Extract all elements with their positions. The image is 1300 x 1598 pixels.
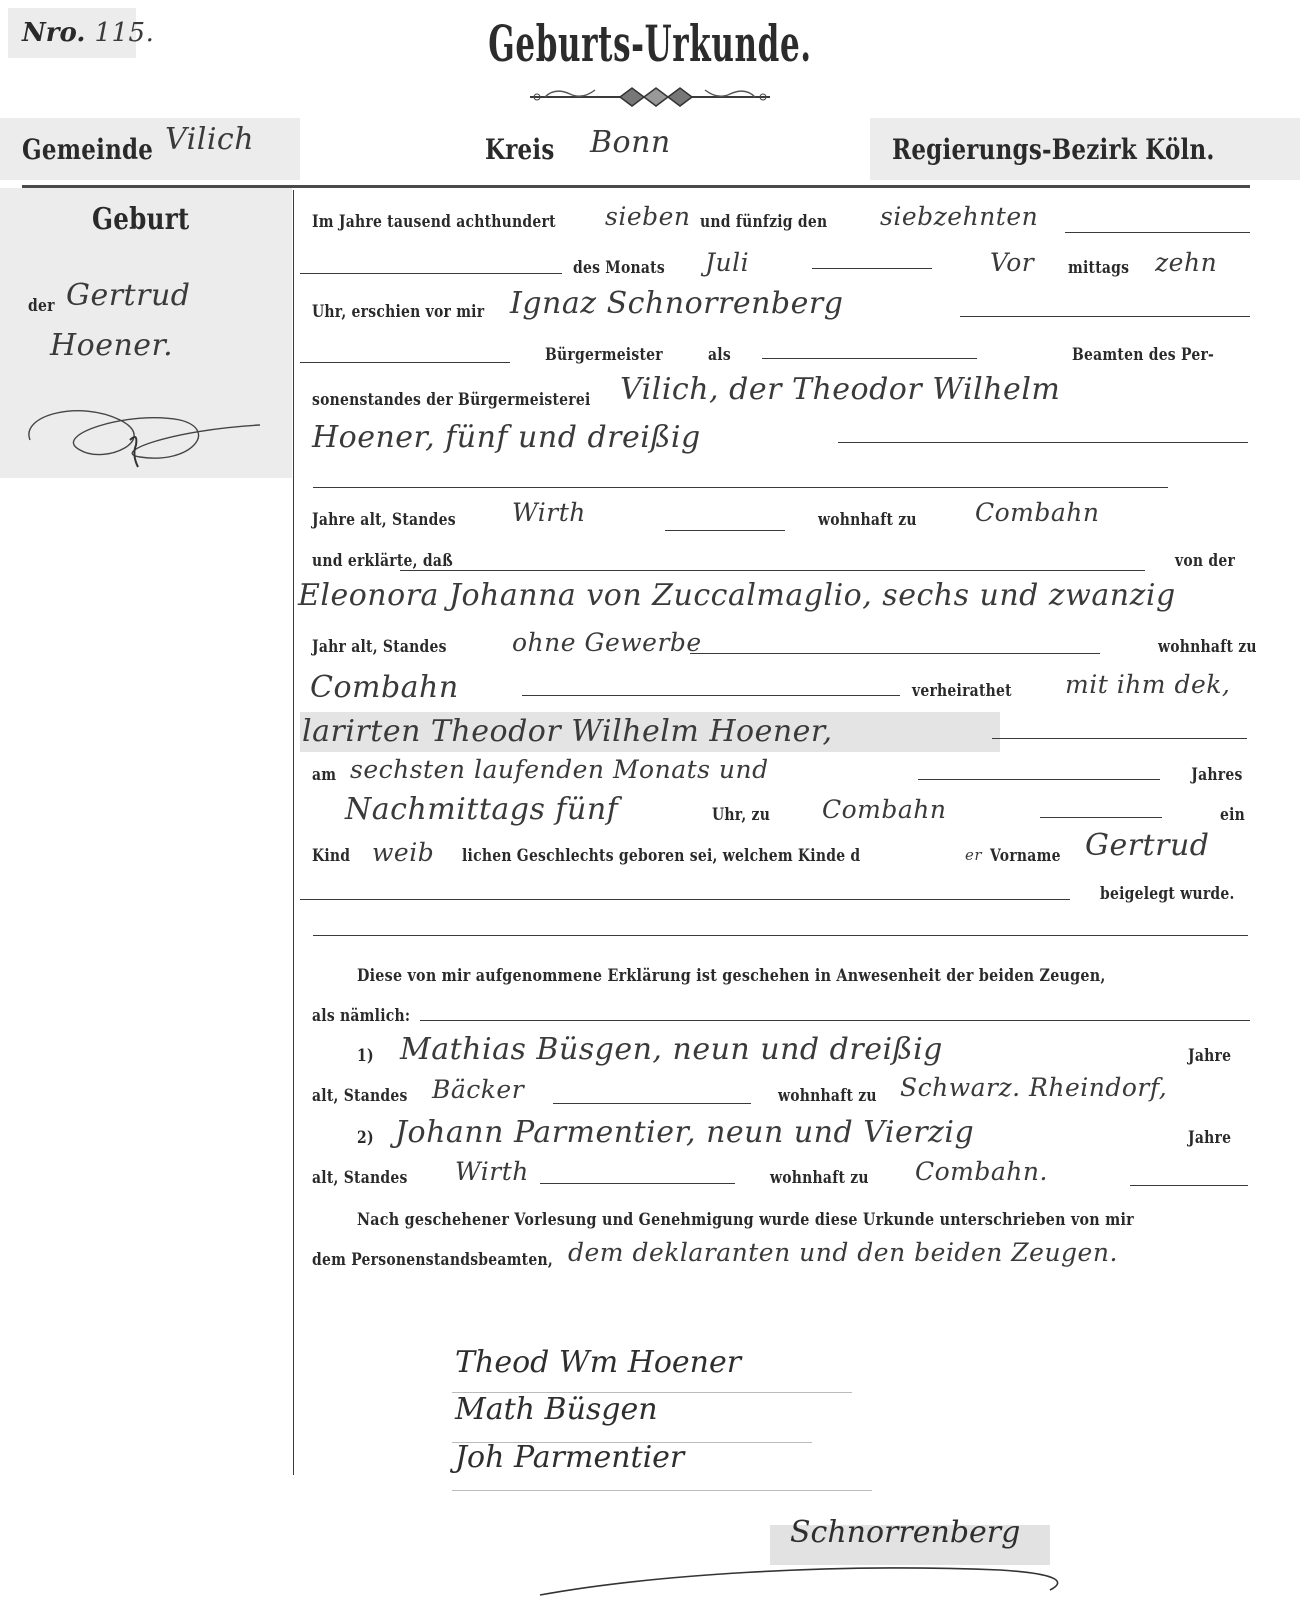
hour-value: zehn (1155, 248, 1217, 277)
fill-line (420, 1020, 1250, 1021)
father-ref-value: larirten Theodor Wilhelm Hoener, (302, 714, 833, 749)
signature-witness2: Joh Parmentier (455, 1440, 684, 1475)
occupation-value: Wirth (512, 498, 586, 527)
form-label: Vorname (990, 846, 1061, 866)
form-label: Uhr, zu (712, 805, 770, 825)
witness2-occupation: Wirth (455, 1157, 529, 1186)
witness2-number: 2) (357, 1128, 374, 1148)
kreis-label: Kreis (485, 133, 555, 166)
form-label: Kind (312, 846, 350, 866)
child-name-value: Gertrud (1085, 828, 1209, 863)
witness1-number: 1) (357, 1046, 374, 1066)
form-label: Jahre (1188, 1046, 1231, 1066)
form-label: beigelegt wurde. (1100, 884, 1235, 904)
birth-date-value: sechsten laufenden Monats und (350, 755, 769, 784)
paraph-icon (10, 395, 270, 475)
form-label: lichen Geschlechts geboren sei, welchem … (462, 846, 860, 866)
form-label: Jahre alt, Standes (312, 510, 456, 530)
form-label: wohnhaft zu (770, 1168, 869, 1188)
form-label: des Monats (573, 258, 665, 278)
witness1-occupation: Bäcker (432, 1075, 524, 1104)
fill-line (838, 442, 1248, 443)
form-label: als (708, 345, 731, 365)
form-label: ein (1220, 805, 1245, 825)
fill-line (1065, 232, 1250, 233)
ornament-icon (525, 82, 775, 112)
form-label: Jahre (1188, 1128, 1231, 1148)
margin-name-first: Gertrud (66, 278, 190, 313)
witness2-value: Johann Parmentier, neun und Vierzig (395, 1115, 974, 1150)
number-label: Nro. (22, 18, 85, 48)
form-label: Beamten des Per- (1072, 345, 1214, 365)
certificate-number: Nro. 115. (22, 18, 154, 48)
form-label: Uhr, erschien vor mir (312, 302, 484, 322)
fill-line (690, 653, 1100, 654)
form-label: verheirathet (912, 681, 1012, 701)
gemeinde-value: Vilich (165, 122, 254, 157)
number-value: 115. (94, 18, 154, 48)
fill-line (300, 273, 562, 274)
fill-line (540, 1183, 735, 1184)
fill-line (313, 487, 1168, 488)
form-label: wohnhaft zu (778, 1086, 877, 1106)
form-label: sonenstandes der Bürgermeisterei (312, 390, 591, 410)
fill-line (522, 695, 900, 696)
fill-line (553, 1103, 751, 1104)
witness1-value: Mathias Büsgen, neun und dreißig (400, 1032, 943, 1067)
fill-line (918, 779, 1160, 780)
birth-place-value: Combahn (822, 795, 947, 824)
fill-line (400, 570, 1145, 571)
witness2-residence: Combahn. (915, 1157, 1048, 1186)
birth-time-value: Nachmittags fünf (345, 792, 618, 827)
form-label: Im Jahre tausend achthundert (312, 212, 556, 232)
form-label: Bürgermeister (545, 345, 663, 365)
married-value: mit ihm dek, (1065, 670, 1230, 699)
form-label: und fünfzig den (700, 212, 827, 232)
form-label: Jahres (1191, 765, 1242, 785)
form-label: am (312, 765, 336, 785)
fill-line (960, 316, 1250, 317)
kreis-value: Bonn (590, 125, 671, 160)
margin-name-last: Hoener. (50, 328, 173, 363)
form-label: wohnhaft zu (818, 510, 917, 530)
article-value: er (965, 846, 982, 864)
page-title: Geburts-Urkunde. (452, 14, 849, 73)
form-label: alt, Standes (312, 1168, 408, 1188)
closing-line: Nach geschehener Vorlesung und Genehmigu… (357, 1210, 1134, 1230)
signature-flourish-icon (530, 1555, 1090, 1598)
fill-line (300, 899, 1070, 900)
signature-official: Schnorrenberg (790, 1515, 1020, 1550)
gemeinde-label: Gemeinde (22, 133, 153, 166)
signature-line (452, 1490, 872, 1491)
residence-value: Combahn (975, 498, 1100, 527)
signature-witness1: Math Büsgen (455, 1392, 658, 1427)
fill-line (665, 530, 785, 531)
form-label: dem Personenstandsbeamten, (312, 1250, 553, 1270)
witness-intro: Diese von mir aufgenommene Erklärung ist… (357, 966, 1106, 986)
month-value: Juli (705, 248, 749, 277)
fill-line (300, 362, 510, 363)
fill-line (762, 358, 977, 359)
mother-occupation-value: ohne Gewerbe (512, 628, 702, 657)
column-divider (293, 190, 294, 1475)
form-label: wohnhaft zu (1158, 637, 1257, 657)
bezirk-label: Regierungs-Bezirk Köln. (892, 133, 1215, 166)
witness1-residence: Schwarz. Rheindorf, (900, 1073, 1167, 1102)
fill-line (313, 935, 1248, 936)
form-label: mittags (1068, 258, 1129, 278)
official-value: Ignaz Schnorrenberg (510, 286, 843, 321)
margin-der-label: der (28, 296, 55, 316)
declarant-value: Hoener, fünf und dreißig (312, 420, 701, 455)
form-label: Jahr alt, Standes (312, 637, 447, 657)
fill-line (812, 268, 932, 269)
day-value: siebzehnten (880, 202, 1038, 231)
mother-residence-value: Combahn (310, 670, 459, 705)
form-label: als nämlich: (312, 1006, 410, 1026)
form-label: von der (1175, 551, 1235, 571)
signature-father: Theod Wm Hoener (455, 1345, 741, 1380)
form-label: und erklärte, daß (312, 551, 453, 571)
mother-value: Eleonora Johanna von Zuccalmaglio, sechs… (298, 578, 1176, 613)
sex-value: weib (372, 838, 434, 867)
fill-line (992, 738, 1247, 739)
year-value: sieben (605, 202, 691, 231)
municipality-value: Vilich, der Theodor Wilhelm (620, 372, 1060, 407)
fill-line (1040, 817, 1162, 818)
form-label: alt, Standes (312, 1086, 408, 1106)
vor-value: Vor (990, 248, 1034, 277)
closing-value: dem deklaranten und den beiden Zeugen. (568, 1238, 1118, 1267)
margin-heading: Geburt (92, 202, 190, 237)
fill-line (1130, 1185, 1248, 1186)
